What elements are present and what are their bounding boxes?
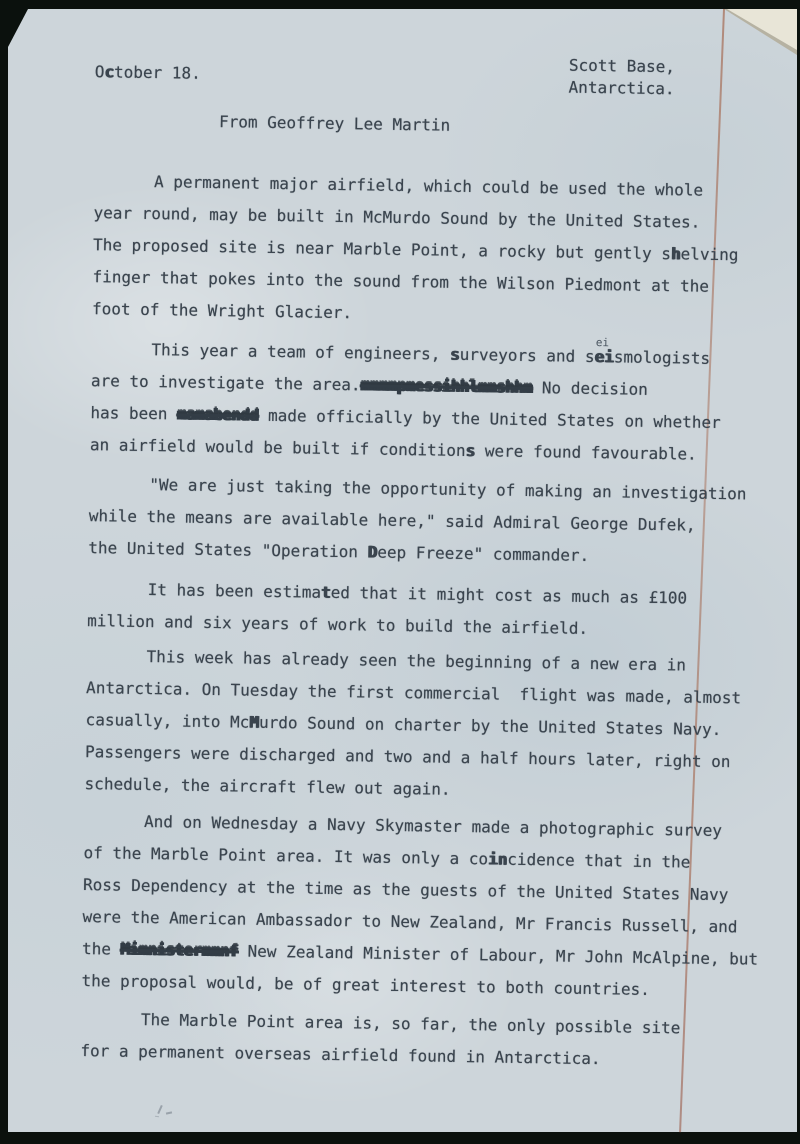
struck-out-text: mmmmpmessihhlmmshhm <box>361 375 533 397</box>
typed-text: ed that it might cost as much as £100 <box>331 583 688 608</box>
p7-l1: The Marble Point area is, so far, the on… <box>141 1009 681 1039</box>
typed-text: the United States "Operation <box>88 538 368 561</box>
typed-text: year round, may be built in McMurdo Soun… <box>93 203 700 232</box>
typed-text: the proposal would, be of great interest… <box>81 971 650 999</box>
p1-l5: foot of the Wright Glacier. <box>92 298 352 324</box>
location-line-1: Scott Base, <box>569 55 675 79</box>
typed-text: made officially by the United States on … <box>258 406 721 432</box>
typed-text: elving <box>680 244 738 264</box>
typed-text: urveyors and s <box>460 345 595 366</box>
p3-l3: the United States "Operation Deep Freeze… <box>88 537 589 567</box>
p6-l4: were the American Ambassador to New Zeal… <box>82 906 737 938</box>
overstruck-char: h <box>671 244 681 263</box>
typewritten-text-layer: October 18.Scott Base,Antarctica.From Ge… <box>0 0 800 1144</box>
typed-text: It has been estima <box>148 580 322 602</box>
p2-l3: has been mamabendd made officially by th… <box>90 402 721 434</box>
typed-text: were the American Ambassador to New Zeal… <box>82 907 737 936</box>
typed-text: smologists <box>614 347 711 368</box>
struck-out-text: Mimnistermmnf <box>120 940 238 961</box>
p6-l3: Ross Dependency at the time as the guest… <box>83 874 729 906</box>
typed-text: Antarctica. <box>568 78 674 99</box>
p2-l4: an airfield would be built if conditions… <box>90 434 697 466</box>
overstruck-char: s <box>465 441 475 460</box>
p3-l2: while the means are available here," sai… <box>89 505 696 537</box>
typed-text: were found favourable. <box>475 441 697 463</box>
typed-text: urdo Sound on charter by the United Stat… <box>259 713 722 739</box>
typed-text: O <box>95 62 105 81</box>
typed-text: schedule, the aircraft flew out again. <box>84 774 450 799</box>
typed-text: casually, into Mc <box>85 710 249 732</box>
overstruck-char: D <box>368 542 378 561</box>
typed-text: "We are just taking the opportunity of m… <box>149 475 746 503</box>
typed-text: cidence that in the <box>507 850 690 872</box>
photographed-document-page: October 18.Scott Base,Antarctica.From Ge… <box>0 0 800 1144</box>
overstruck-char: c <box>104 62 114 81</box>
typed-text: finger that pokes into the sound from th… <box>92 267 709 296</box>
typed-text: million and six years of work to build t… <box>87 611 588 638</box>
overstruck-char: s <box>450 345 460 364</box>
p5-l1: This week has already seen the beginning… <box>146 646 686 676</box>
typed-text: foot of the Wright Glacier. <box>92 299 352 322</box>
typed-text: New Zealand Minister of Labour, Mr John … <box>238 942 758 969</box>
typed-text: And on Wednesday a Navy Skymaster made a… <box>144 812 722 840</box>
typed-correction-note: ei <box>596 332 610 354</box>
overstruck-char: eiei <box>594 347 614 366</box>
p6-l5: the Mimnistermmnf New Zealand Minister o… <box>82 938 758 971</box>
typed-text: No decision <box>532 378 648 399</box>
typed-text: are to investigate the area. <box>91 371 361 394</box>
typed-text: the <box>82 939 121 959</box>
overstruck-char: t <box>321 583 331 602</box>
typed-text: From Geoffrey Lee Martin <box>219 112 450 135</box>
location-line-2: Antarctica. <box>568 77 674 101</box>
typed-text: Scott Base, <box>569 56 675 77</box>
typed-text: This week has already seen the beginning… <box>146 647 686 674</box>
typed-text: for a permanent overseas airfield found … <box>80 1041 600 1068</box>
struck-out-text: mamabendd <box>177 404 259 424</box>
p1-l2: year round, may be built in McMurdo Soun… <box>93 202 700 234</box>
p2-l2: are to investigate the area.mmmmpmessihh… <box>91 370 648 401</box>
p6-l1: And on Wednesday a Navy Skymaster made a… <box>144 811 722 842</box>
byline: From Geoffrey Lee Martin <box>219 111 451 137</box>
typed-text: This year a team of engineers, <box>151 340 450 364</box>
p6-l2: of the Marble Point area. It was only a … <box>83 842 690 874</box>
p1-l4: finger that pokes into the sound from th… <box>92 266 709 298</box>
p5-l5: schedule, the aircraft flew out again. <box>84 773 450 801</box>
typed-text: tober 18. <box>114 62 201 82</box>
overstruck-char: M <box>249 713 259 732</box>
p1-l1: A permanent major airfield, which could … <box>154 171 703 202</box>
p6-l6: the proposal would, be of great interest… <box>81 970 650 1001</box>
p1-l3: The proposed site is near Marble Point, … <box>93 234 739 266</box>
overstruck-char: in <box>488 849 508 868</box>
typed-text: Ross Dependency at the time as the guest… <box>83 875 729 904</box>
p4-l2: million and six years of work to build t… <box>87 610 588 640</box>
typed-text: while the means are available here," sai… <box>89 506 696 535</box>
dateline: October 18. <box>95 61 201 85</box>
typed-text: The Marble Point area is, so far, the on… <box>141 1010 681 1037</box>
typed-text: A permanent major airfield, which could … <box>154 172 703 200</box>
typed-text: has been <box>90 403 177 423</box>
p3-l1: "We are just taking the opportunity of m… <box>149 474 747 505</box>
p5-l2: Antarctica. On Tuesday the first commerc… <box>86 677 741 709</box>
typed-text: Passengers were discharged and two and a… <box>85 742 731 771</box>
typed-text: of the Marble Point area. It was only a … <box>83 843 488 868</box>
p5-l3: casually, into McMurdo Sound on charter … <box>85 709 721 741</box>
typed-text: an airfield would be built if condition <box>90 435 466 460</box>
typed-text: eep Freeze" commander. <box>377 543 589 565</box>
typed-text: Antarctica. On Tuesday the first commerc… <box>86 678 741 707</box>
typed-text: The proposed site is near Marble Point, … <box>93 235 671 263</box>
p2-l1: This year a team of engineers, surveyors… <box>151 339 710 370</box>
p7-l2: for a permanent overseas airfield found … <box>80 1040 600 1070</box>
p5-l4: Passengers were discharged and two and a… <box>85 741 731 773</box>
p4-l1: It has been estimated that it might cost… <box>148 579 688 609</box>
